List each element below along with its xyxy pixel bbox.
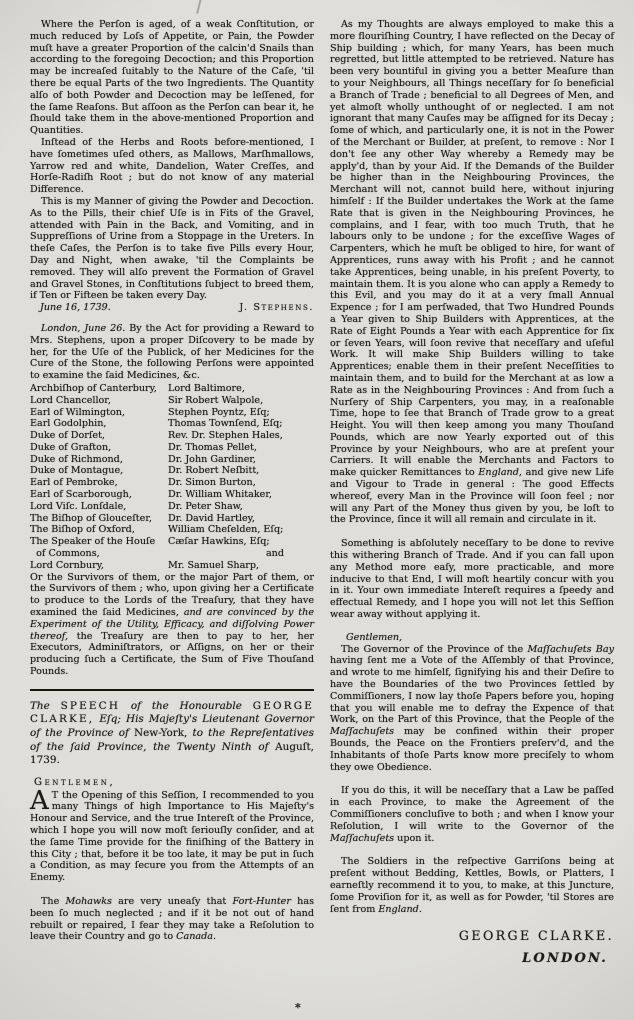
herbs-roots-paragraph: Inſtead of the Herbs and Roots before-me…: [30, 137, 314, 196]
opening-paragraph-text: T the Opening of this Seſſion, I recomme…: [30, 790, 314, 884]
commissioner-row: Earl Godolphin, Thomas Townſend, Eſq;: [30, 418, 314, 430]
commissioner-row: Lord Chancellor, Sir Robert Walpole,: [30, 395, 314, 407]
commissioner-row: The Biſhop of Oxford, William Cheſelden,…: [30, 524, 314, 536]
printers-mark: *: [295, 1002, 301, 1014]
commissioner-row: The Biſhop of Glouceſter, Dr. David Hart…: [30, 513, 314, 525]
newspaper-page: Where the Perſon is aged, of a weak Conſ…: [0, 0, 634, 1020]
commissioner-name-right: Dr. John Gardiner,: [168, 454, 314, 466]
commissioner-row: Lord Cornbury, Mr. Samuel Sharp,: [30, 560, 314, 572]
commissioner-row: The Speaker of the Houſe Cæſar Hawkins, …: [30, 536, 314, 548]
commissioner-name-right: and: [168, 548, 314, 560]
drop-cap: A: [30, 790, 52, 812]
mohawks-paragraph: The Mohawks are very uneaſy that Fort-Hu…: [30, 896, 314, 943]
commissioner-name-left: of Commons,: [30, 548, 168, 560]
massachusets-boundaries-paragraph: The Governor of the Province of the Maſſ…: [330, 644, 614, 774]
commissioner-name-left: The Biſhop of Glouceſter,: [30, 513, 168, 525]
commissioner-name-right: Dr. Thomas Pellet,: [168, 442, 314, 454]
commissioner-name-right: Lord Baltimore,: [168, 383, 314, 395]
commissioner-name-right: Dr. Simon Burton,: [168, 477, 314, 489]
commissioner-name-right: Stephen Poyntz, Eſq;: [168, 407, 314, 419]
commissioners-list: Archbiſhop of Canterbury, Lord Baltimore…: [30, 383, 314, 572]
revive-trade-paragraph: Something is abſolutely neceſſary to be …: [330, 538, 614, 621]
section-divider: [30, 689, 314, 691]
law-agreement-paragraph: If you do this, it will be neceſſary tha…: [330, 785, 614, 844]
commissioner-name-right: Dr. Peter Shaw,: [168, 501, 314, 513]
commissioner-row: Lord Viſc. Lonſdale, Dr. Peter Shaw,: [30, 501, 314, 513]
commissioner-name-left: Lord Viſc. Lonſdale,: [30, 501, 168, 513]
pills-usage-paragraph: This is my Manner of giving the Powder a…: [30, 196, 314, 302]
commissioner-name-left: Archbiſhop of Canterbury,: [30, 383, 168, 395]
commissioner-name-right: Dr. David Hartley,: [168, 513, 314, 525]
commissioner-row: Archbiſhop of Canterbury, Lord Baltimore…: [30, 383, 314, 395]
commissioner-name-right: Sir Robert Walpole,: [168, 395, 314, 407]
soldiers-provision-paragraph: The Soldiers in the reſpective Garriſons…: [330, 856, 614, 915]
commissioner-name-left: Duke of Richmond,: [30, 454, 168, 466]
dateline-date: June 16, 1739.: [40, 302, 111, 314]
commissioner-row: of Commons, and: [30, 548, 314, 560]
commissioner-row: Duke of Grafton, Dr. Thomas Pellet,: [30, 442, 314, 454]
commissioner-name-right: Thomas Townſend, Eſq;: [168, 418, 314, 430]
signature-george-clarke: GEORGE CLARKE.: [330, 930, 614, 942]
left-column: Where the Perſon is aged, of a weak Conſ…: [30, 19, 314, 965]
commissioner-name-left: Earl of Scarborough,: [30, 489, 168, 501]
right-column: As my Thoughts are always employed to ma…: [330, 19, 614, 965]
commissioner-name-left: Lord Cornbury,: [30, 560, 168, 572]
commissioner-name-right: Dr. Robert Neſbitt,: [168, 465, 314, 477]
dateline-signature: J. Stephens.: [239, 302, 314, 314]
speech-heading: The SPEECH of the Honourable GEORGE CLAR…: [30, 700, 314, 768]
survivors-paragraph: Or the Survivors of them, or the major P…: [30, 572, 314, 678]
commissioner-name-right: William Cheſelden, Eſq;: [168, 524, 314, 536]
commissioner-name-left: Duke of Montague,: [30, 465, 168, 477]
commissioner-name-left: The Speaker of the Houſe: [30, 536, 168, 548]
opening-paragraph: AT the Opening of this Seſſion, I recomm…: [30, 790, 314, 884]
commissioner-row: Duke of Dorſet, Rev. Dr. Stephen Hales,: [30, 430, 314, 442]
commissioner-name-right: Cæſar Hawkins, Eſq;: [168, 536, 314, 548]
commissioner-name-right: Rev. Dr. Stephen Hales,: [168, 430, 314, 442]
london-act-paragraph: London, June 26. By the Act for providin…: [30, 323, 314, 382]
powder-proportion-paragraph: Where the Perſon is aged, of a weak Conſ…: [30, 19, 314, 137]
gentlemen-heading: Gentlemen,: [34, 777, 314, 789]
commissioner-name-left: Earl Godolphin,: [30, 418, 168, 430]
commissioner-name-right: Mr. Samuel Sharp,: [168, 560, 314, 572]
commissioner-row: Duke of Richmond, Dr. John Gardiner,: [30, 454, 314, 466]
dateline: June 16, 1739. J. Stephens.: [30, 302, 314, 314]
commissioner-name-left: Earl of Pembroke,: [30, 477, 168, 489]
commissioner-name-left: Lord Chancellor,: [30, 395, 168, 407]
shipbuilding-paragraph: As my Thoughts are always employed to ma…: [330, 19, 614, 526]
commissioner-row: Duke of Montague, Dr. Robert Neſbitt,: [30, 465, 314, 477]
commissioner-row: Earl of Scarborough, Dr. William Whitake…: [30, 489, 314, 501]
two-column-layout: Where the Perſon is aged, of a weak Conſ…: [0, 0, 634, 965]
commissioner-name-left: Duke of Dorſet,: [30, 430, 168, 442]
place-line-london: LONDON.: [330, 953, 614, 965]
commissioner-name-left: Duke of Grafton,: [30, 442, 168, 454]
commissioner-row: Earl of Pembroke, Dr. Simon Burton,: [30, 477, 314, 489]
commissioner-row: Earl of Wilmington, Stephen Poyntz, Eſq;: [30, 407, 314, 419]
commissioner-name-right: Dr. William Whitaker,: [168, 489, 314, 501]
commissioner-name-left: The Biſhop of Oxford,: [30, 524, 168, 536]
commissioner-name-left: Earl of Wilmington,: [30, 407, 168, 419]
gentlemen-heading-italic: Gentlemen,: [346, 632, 614, 644]
